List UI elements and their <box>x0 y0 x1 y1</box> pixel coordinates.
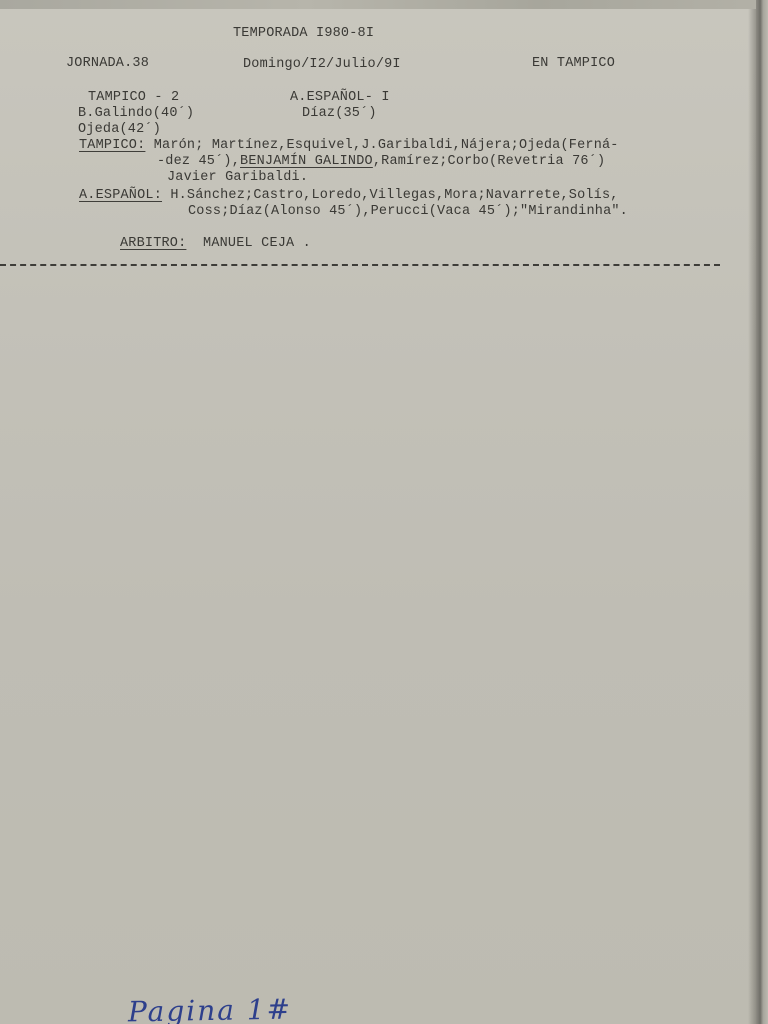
away-lineup-line-2: Coss;Díaz(Alonso 45´),Perucci(Vaca 45´);… <box>188 204 628 220</box>
section-divider <box>0 264 720 266</box>
home-lineup-text-2a: -dez 45´), <box>157 154 240 169</box>
home-scorer-2: Ojeda(42´) <box>78 122 161 138</box>
page-stack-edge <box>756 0 768 1024</box>
away-lineup-text-1: H.Sánchez;Castro,Loredo,Villegas,Mora;Na… <box>162 188 619 203</box>
away-team-score: A.ESPAÑOL- I <box>290 90 390 106</box>
home-team-score: TAMPICO - 2 <box>88 90 179 106</box>
home-scorer-1: B.Galindo(40´) <box>78 106 194 122</box>
referee-line: ARBITRO: MANUEL CEJA . <box>120 236 311 252</box>
match-date: Domingo/I2/Julio/9I <box>243 57 401 73</box>
matchday-label: JORNADA.38 <box>66 56 149 72</box>
home-lineup-text-2b: ,Ramírez;Corbo(Revetria 76´) <box>373 154 605 169</box>
home-lineup-label: TAMPICO: <box>79 138 145 153</box>
match-venue: EN TAMPICO <box>532 56 615 72</box>
away-lineup-line-1: A.ESPAÑOL: H.Sánchez;Castro,Loredo,Ville… <box>79 188 619 204</box>
season-title: TEMPORADA I980-8I <box>233 26 374 42</box>
home-lineup-highlight: BENJAMÍN GALINDO <box>240 154 373 169</box>
referee-name: MANUEL CEJA . <box>203 236 311 251</box>
away-scorer-1: Díaz(35´) <box>302 106 377 122</box>
home-lineup-line-2: -dez 45´),BENJAMÍN GALINDO,Ramírez;Corbo… <box>157 154 605 170</box>
home-lineup-line-3: Javier Garibaldi. <box>167 170 308 186</box>
handwritten-page-number: Pagina 1# <box>128 993 293 1024</box>
referee-label: ARBITRO: <box>120 236 186 251</box>
away-lineup-label: A.ESPAÑOL: <box>79 188 162 203</box>
home-lineup-line-1: TAMPICO: Marón; Martínez,Esquivel,J.Gari… <box>79 138 619 154</box>
home-lineup-text-1: Marón; Martínez,Esquivel,J.Garibaldi,Náj… <box>145 138 618 153</box>
page-edge-shadow <box>748 9 756 1024</box>
